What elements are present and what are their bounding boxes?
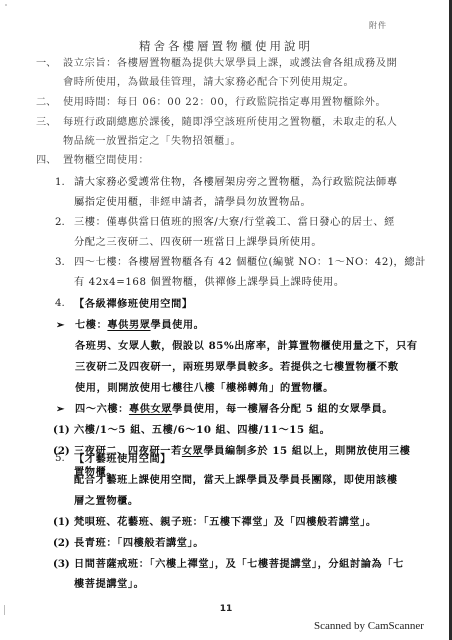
- section-text-line: 物品統一放置指定之「失物招領櫃」。: [63, 135, 241, 149]
- item-marker: 4.: [55, 297, 65, 311]
- scan-artifact: [5, 4, 7, 6]
- item-text-line: 請大家務必愛護常住物，各樓層架房旁之置物櫃，為行政監院法師專: [74, 176, 398, 190]
- section-marker: 一、: [36, 57, 56, 71]
- bullet-prefix: 七樓：: [75, 319, 107, 331]
- scanned-document-page: 附件 精舍各樓層置物櫃使用說明 一、 設立宗旨：各樓層置物櫃為提供大眾學員上課，…: [0, 0, 452, 640]
- item-marker: 5.: [55, 452, 65, 466]
- item-text-line: 配合才藝班上課使用空間，當天上課學員及學員長團隊，即使用該樓: [74, 473, 398, 487]
- bullet-line: 七樓：專供男眾學員使用。: [75, 318, 204, 332]
- subitem-text-line: 樓菩提講堂」。: [74, 577, 144, 591]
- subitem-marker: (1): [53, 423, 70, 437]
- item-marker: 2.: [55, 216, 65, 230]
- bullet-text-line: 三夜研二及四夜研一，兩班男眾學員較多。若提供之七樓置物櫃不敷: [75, 360, 399, 374]
- item-text-line: 四～七樓：各樓層置物櫃各有 42 個櫃位(編號 NO：1～NO：42)，總計: [74, 256, 426, 270]
- item-text-line: 層之置物櫃。: [74, 494, 139, 508]
- section-marker: 三、: [36, 116, 56, 130]
- item-marker: 3.: [55, 256, 65, 270]
- bullet-line: 四～六樓：專供女眾學員使用，每一樓層各分配 5 組的女眾學員。: [75, 402, 393, 416]
- bullet-suffix: 學員使用。: [151, 319, 205, 331]
- underlined-emphasis: 女眾: [182, 445, 204, 457]
- subitem-text-line: 梵唄班、花藝班、親子班：「五樓下禪堂」及「四樓般若講堂」。: [74, 515, 377, 529]
- attachment-label: 附件: [369, 20, 387, 31]
- bullet-text-line: 各班男、女眾人數，假設以 85%出席率，計算置物櫃使用量之下，只有: [75, 339, 418, 353]
- subitem-marker: (3): [53, 557, 70, 571]
- bullet-suffix: 學員使用，每一樓層各分配 5 組的女眾學員。: [172, 403, 393, 415]
- bullet-text-line: 使用，則開放使用七樓往八樓「樓梯轉角」的置物櫃。: [75, 381, 334, 395]
- section-marker: 四、: [36, 154, 56, 168]
- page-number: 11: [0, 604, 452, 614]
- item-text-line: 有 42x4=168 個置物櫃，供禪修上課學員上課時使用。: [74, 276, 345, 290]
- subitem-marker: (1): [53, 515, 70, 529]
- section-text-line: 置物櫃空間使用：: [63, 154, 149, 168]
- document-title: 精舍各樓層置物櫃使用說明: [0, 38, 452, 54]
- underlined-emphasis: 專供男眾: [107, 319, 150, 331]
- section-text-line: 使用時間：每日 06：00 22：00，行政監院指定專用置物櫃除外。: [63, 96, 386, 110]
- bullet-prefix: 四～六樓：: [75, 403, 129, 415]
- item-marker: 1.: [55, 176, 65, 190]
- subitem-text-line: 長青班：「四樓般若講堂」。: [74, 536, 204, 550]
- section-text-line: 會時所使用，為做最佳管理，請大家務必配合下列使用規定。: [63, 76, 354, 90]
- scanner-watermark: Scanned by CamScanner: [314, 620, 424, 632]
- bullet-arrow-icon: ➢: [56, 318, 65, 332]
- subitem-marker: (2): [53, 536, 70, 550]
- subitem-suffix: 學員編制多於 15 組以上，則開放使用三樓: [203, 445, 410, 457]
- item-text-line: 分配之三夜研二、四夜研一班當日上課學員所使用。: [74, 236, 322, 250]
- subitem-text-line: 六樓/1～5 組、五樓/6～10 組、四樓/11～15 組。: [74, 423, 330, 437]
- item-heading: 【才藝班使用空間】: [74, 452, 171, 466]
- section-text-line: 設立宗旨：各樓層置物櫃為提供大眾學員上課，或護法會各組成務及開: [63, 57, 397, 71]
- item-text-line: 屬指定使用櫃，非經申請者，請學員勿放置物品。: [74, 196, 311, 210]
- underlined-emphasis: 專供女眾: [129, 403, 172, 415]
- section-text-line: 每班行政副總應於課後，隨即淨空該班所使用之置物櫃，未取走的私人: [63, 116, 397, 130]
- bullet-arrow-icon: ➢: [56, 402, 65, 416]
- section-marker: 二、: [36, 96, 56, 110]
- item-heading: 【各級禪修班使用空間】: [74, 297, 193, 311]
- item-text-line: 三樓：僅專供當日值班的照客/大寮/行堂義工、當日發心的居士、經: [74, 216, 395, 230]
- subitem-text-line: 日間菩薩戒班：「六樓上禪堂」，及「七樓菩提講堂」，分組討論為「七: [74, 557, 404, 571]
